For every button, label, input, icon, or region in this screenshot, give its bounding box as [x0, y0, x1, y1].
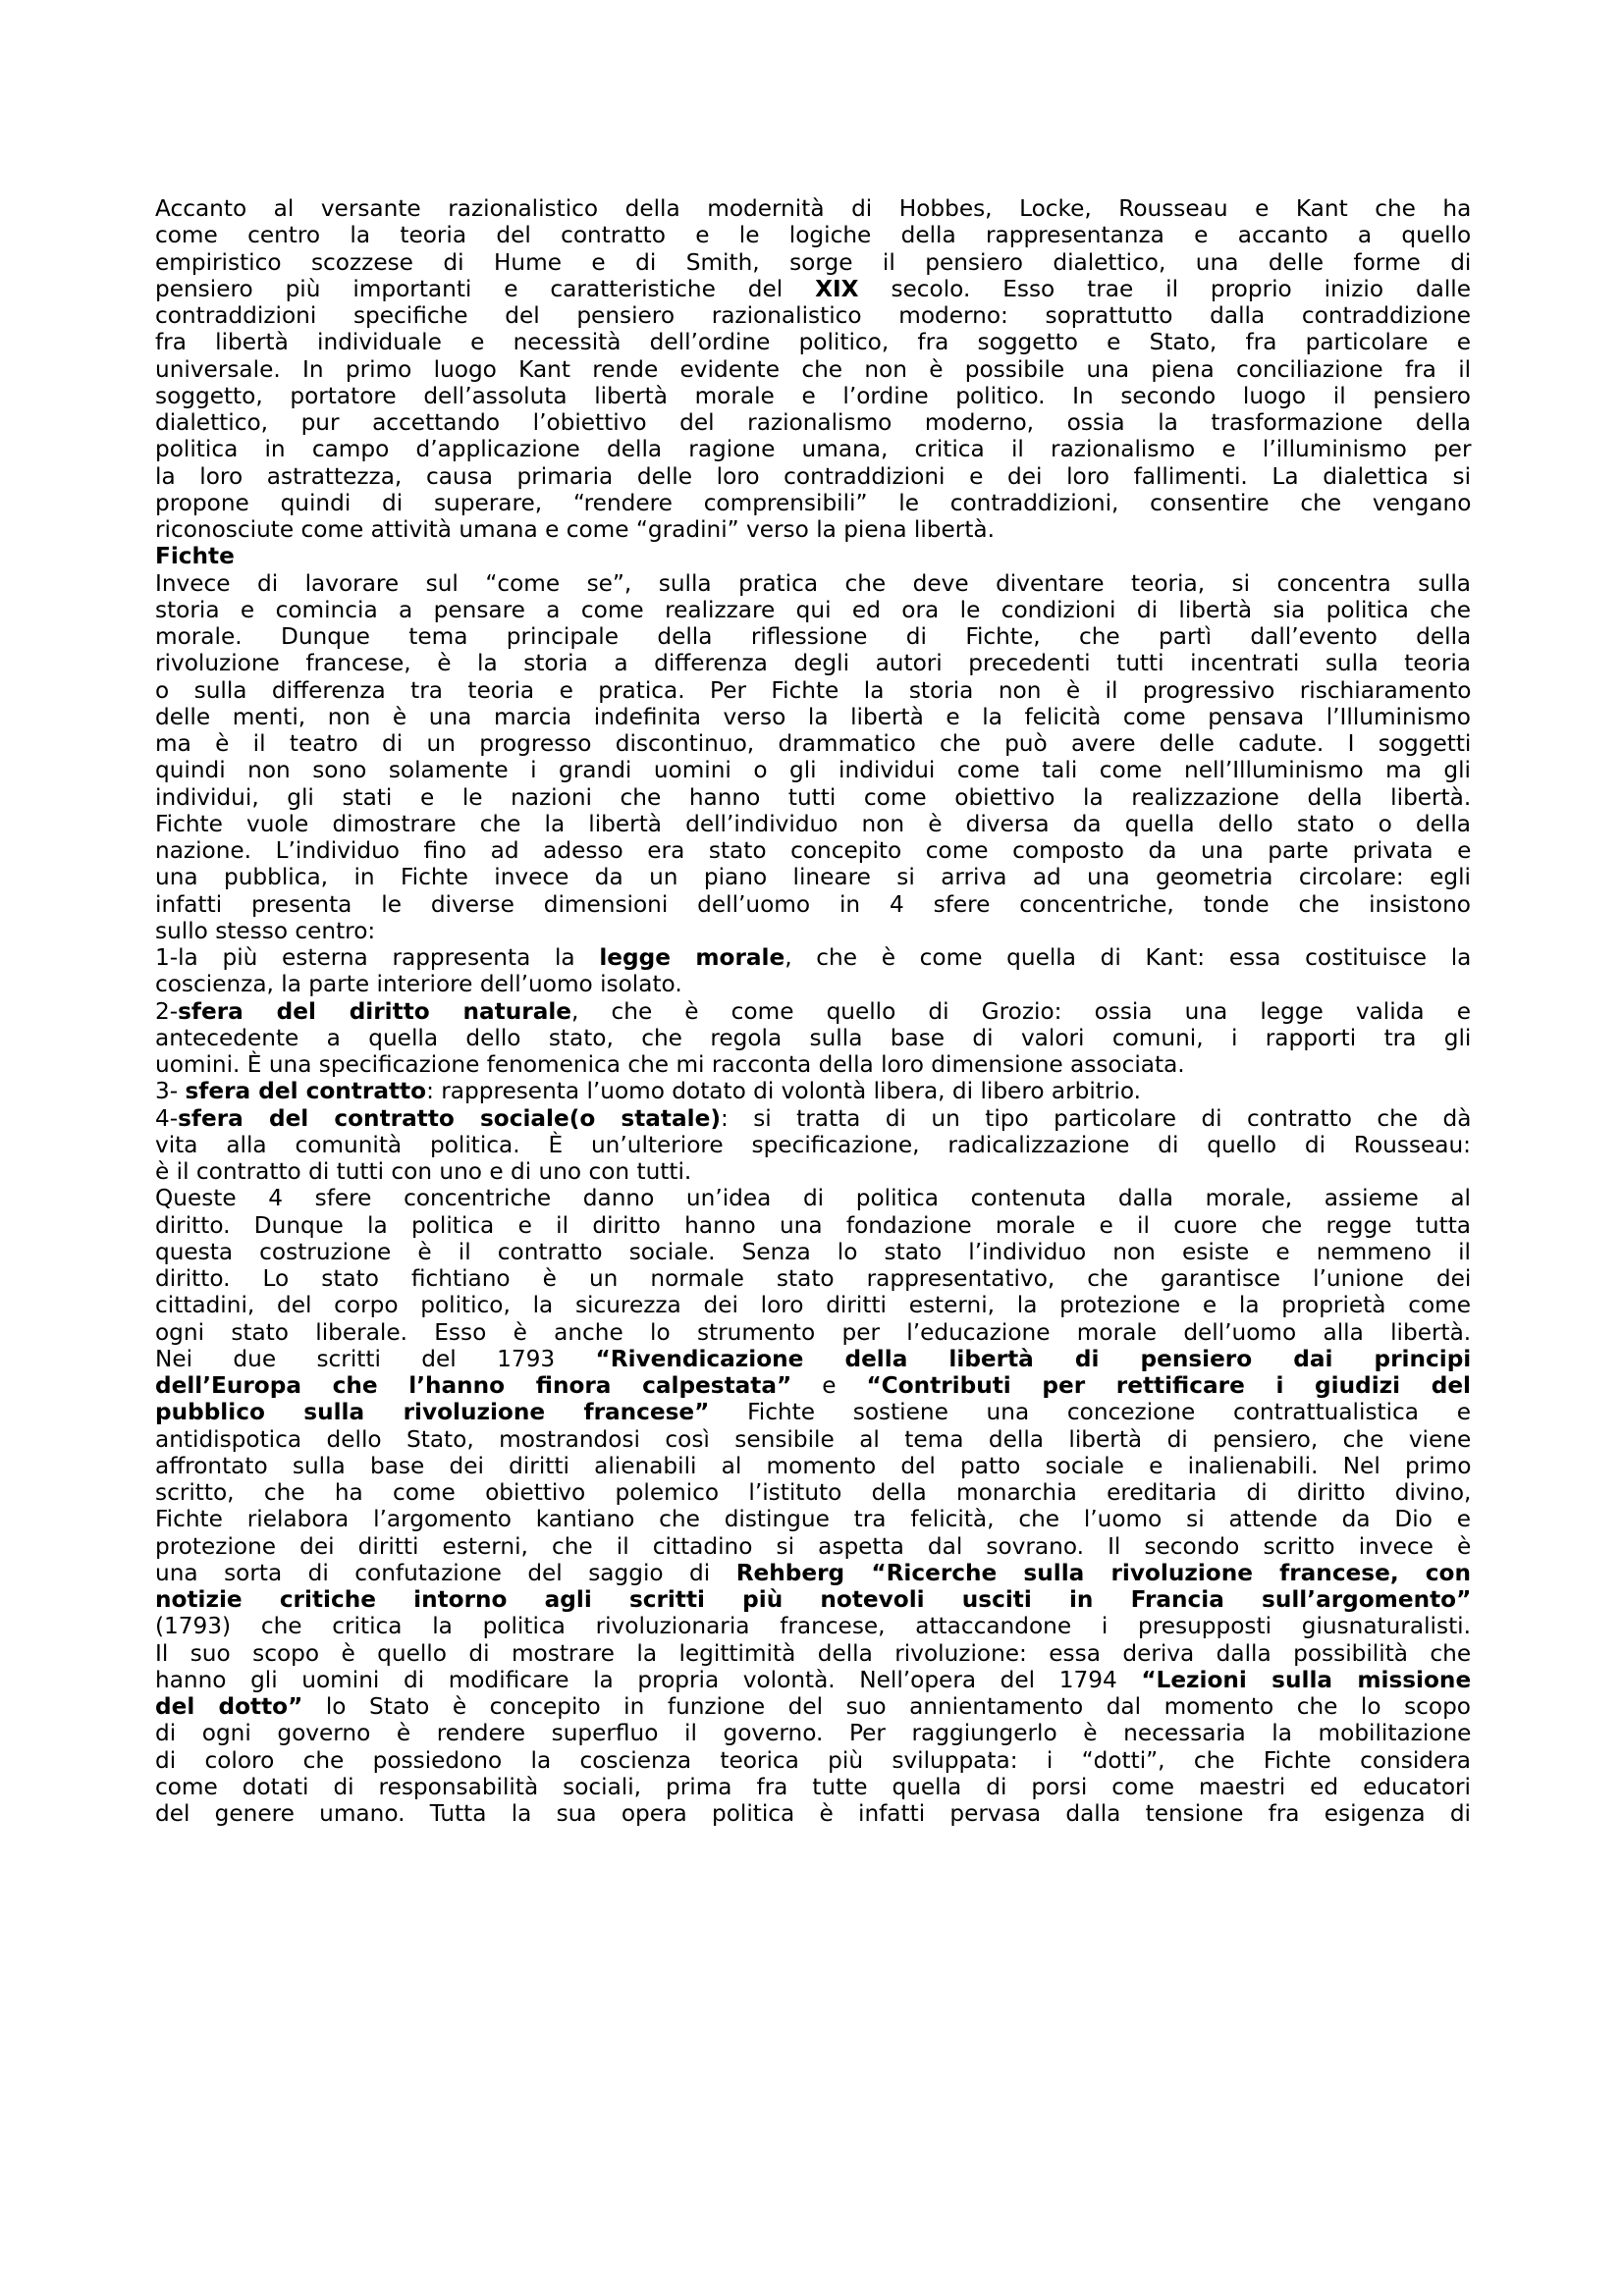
text-line: una sorta di confutazione del saggio di …: [155, 1560, 1471, 1586]
text-run: riconosciute come attività umana e come …: [155, 516, 995, 543]
text-line: vita alla comunità politica. È un’ulteri…: [155, 1132, 1471, 1158]
text-run: ma è il teatro di un progresso discontin…: [155, 730, 1471, 757]
text-run: affrontato sulla base dei diritti aliena…: [155, 1453, 1471, 1479]
text-run: una pubblica, in Fichte invece da un pia…: [155, 864, 1471, 890]
text-line: propone quindi di superare, “rendere com…: [155, 490, 1471, 516]
text-line: protezione dei diritti esterni, che il c…: [155, 1533, 1471, 1560]
text-run: Queste 4 sfere concentriche danno un’ide…: [155, 1185, 1471, 1211]
text-line: del dotto” lo Stato è concepito in funzi…: [155, 1693, 1471, 1720]
text-run: una sorta di confutazione del saggio di: [155, 1560, 736, 1586]
text-run: come dotati di responsabilità sociali, p…: [155, 1774, 1471, 1800]
text-run: nazione. L’individuo fino ad adesso era …: [155, 837, 1471, 864]
text-run: (1793) che critica la politica rivoluzio…: [155, 1613, 1471, 1639]
text-run: 2-: [155, 998, 178, 1025]
bold-text: sfera del diritto naturale: [178, 998, 571, 1025]
text-run: Nei due scritti del 1793: [155, 1346, 595, 1372]
bold-text: dell’Europa che l’hanno finora calpestat…: [155, 1372, 791, 1399]
text-run: Fichte sostiene una concezione contrattu…: [709, 1399, 1471, 1425]
text-run: , che è come quello di Grozio: ossia una…: [571, 998, 1471, 1025]
document-page: Accanto al versante razionalistico della…: [155, 195, 1471, 1827]
text-run: protezione dei diritti esterni, che il c…: [155, 1533, 1471, 1560]
text-line: (1793) che critica la politica rivoluzio…: [155, 1613, 1471, 1639]
text-line: Nei due scritti del 1793 “Rivendicazione…: [155, 1346, 1471, 1372]
text-run: del genere umano. Tutta la sua opera pol…: [155, 1800, 1471, 1827]
text-line: storia e comincia a pensare a come reali…: [155, 597, 1471, 623]
text-line: hanno gli uomini di modificare la propri…: [155, 1667, 1471, 1693]
text-line: soggetto, portatore dell’assoluta libert…: [155, 383, 1471, 409]
bold-text: notizie critiche intorno agli scritti pi…: [155, 1586, 1471, 1613]
text-run: di ogni governo è rendere superfluo il g…: [155, 1720, 1471, 1746]
text-line: Queste 4 sfere concentriche danno un’ide…: [155, 1185, 1471, 1211]
text-run: politica in campo d’applicazione della r…: [155, 436, 1471, 462]
bold-text: legge morale: [599, 944, 784, 971]
text-line: sullo stesso centro:: [155, 918, 1471, 944]
text-line: di ogni governo è rendere superfluo il g…: [155, 1720, 1471, 1746]
text-line: questa costruzione è il contratto social…: [155, 1239, 1471, 1265]
text-run: cittadini, del corpo politico, la sicure…: [155, 1292, 1471, 1318]
text-line: universale. In primo luogo Kant rende ev…: [155, 356, 1471, 383]
bold-text: XIX: [815, 276, 858, 302]
text-line: ma è il teatro di un progresso discontin…: [155, 730, 1471, 757]
text-run: questa costruzione è il contratto social…: [155, 1239, 1471, 1265]
text-line: o sulla differenza tra teoria e pratica.…: [155, 677, 1471, 704]
bold-text: “Contributi per rettificare i giudizi de…: [866, 1372, 1471, 1399]
bold-text: Rehberg “Ricerche sulla rivoluzione fran…: [736, 1560, 1471, 1586]
text-line: cittadini, del corpo politico, la sicure…: [155, 1292, 1471, 1318]
text-run: hanno gli uomini di modificare la propri…: [155, 1667, 1141, 1693]
text-run: antidispotica dello Stato, mostrandosi c…: [155, 1426, 1471, 1453]
text-line: Il suo scopo è quello di mostrare la leg…: [155, 1640, 1471, 1667]
text-line: Fichte rielabora l’argomento kantiano ch…: [155, 1506, 1471, 1532]
text-run: e: [791, 1372, 866, 1399]
text-run: contraddizioni specifiche del pensiero r…: [155, 302, 1471, 329]
text-run: uomini. È una specificazione fenomenica …: [155, 1051, 1185, 1078]
text-run: soggetto, portatore dell’assoluta libert…: [155, 383, 1471, 409]
text-line: notizie critiche intorno agli scritti pi…: [155, 1586, 1471, 1613]
text-run: scritto, che ha come obiettivo polemico …: [155, 1479, 1471, 1506]
text-line: pensiero più importanti e caratteristich…: [155, 276, 1471, 302]
text-line: ogni stato liberale. Esso è anche lo str…: [155, 1319, 1471, 1346]
text-run: propone quindi di superare, “rendere com…: [155, 490, 1471, 516]
text-run: diritto. Lo stato fichtiano è un normale…: [155, 1265, 1471, 1292]
bold-text: sfera del contratto sociale(o statale): [178, 1105, 721, 1132]
text-line: Fichte vuole dimostrare che la libertà d…: [155, 811, 1471, 837]
text-line: antecedente a quella dello stato, che re…: [155, 1025, 1471, 1051]
text-run: Accanto al versante razionalistico della…: [155, 195, 1471, 222]
text-run: universale. In primo luogo Kant rende ev…: [155, 356, 1471, 383]
text-line: diritto. Lo stato fichtiano è un normale…: [155, 1265, 1471, 1292]
text-run: : si tratta di un tipo particolare di co…: [721, 1105, 1471, 1132]
section-heading: Fichte: [155, 543, 1471, 569]
text-run: pensiero più importanti e caratteristich…: [155, 276, 815, 302]
bold-text: Fichte: [155, 543, 235, 569]
text-line: Accanto al versante razionalistico della…: [155, 195, 1471, 222]
text-run: la loro astrattezza, causa primaria dell…: [155, 463, 1471, 490]
text-line: coscienza, la parte interiore dell’uomo …: [155, 971, 1471, 997]
text-line: riconosciute come attività umana e come …: [155, 516, 1471, 543]
text-line: fra libertà individuale e necessità dell…: [155, 329, 1471, 355]
text-run: empiristico scozzese di Hume e di Smith,…: [155, 249, 1471, 276]
text-line: quindi non sono solamente i grandi uomin…: [155, 757, 1471, 783]
bold-text: sfera del contratto: [186, 1078, 427, 1104]
text-run: : rappresenta l’uomo dotato di volontà l…: [426, 1078, 1141, 1104]
text-line: di coloro che possiedono la coscienza te…: [155, 1747, 1471, 1774]
text-line: come dotati di responsabilità sociali, p…: [155, 1774, 1471, 1800]
text-line: individui, gli stati e le nazioni che ha…: [155, 784, 1471, 811]
text-run: 1-la più esterna rappresenta la: [155, 944, 599, 971]
text-run: Fichte vuole dimostrare che la libertà d…: [155, 811, 1471, 837]
text-run: sullo stesso centro:: [155, 918, 375, 944]
text-line: 1-la più esterna rappresenta la legge mo…: [155, 944, 1471, 971]
text-line: affrontato sulla base dei diritti aliena…: [155, 1453, 1471, 1479]
text-run: coscienza, la parte interiore dell’uomo …: [155, 971, 682, 997]
text-line: antidispotica dello Stato, mostrandosi c…: [155, 1426, 1471, 1453]
bold-text: “Lezioni sulla missione: [1141, 1667, 1471, 1693]
text-line: Invece di lavorare sul “come se”, sulla …: [155, 570, 1471, 597]
text-run: ogni stato liberale. Esso è anche lo str…: [155, 1319, 1471, 1346]
text-line: empiristico scozzese di Hume e di Smith,…: [155, 249, 1471, 276]
text-run: dialettico, pur accettando l’obiettivo d…: [155, 409, 1471, 436]
text-run: individui, gli stati e le nazioni che ha…: [155, 784, 1471, 811]
text-run: infatti presenta le diverse dimensioni d…: [155, 891, 1471, 918]
text-line: infatti presenta le diverse dimensioni d…: [155, 891, 1471, 918]
text-line: pubblico sulla rivoluzione francese” Fic…: [155, 1399, 1471, 1425]
text-run: diritto. Dunque la politica e il diritto…: [155, 1212, 1471, 1239]
text-run: lo Stato è concepito in funzione del suo…: [302, 1693, 1471, 1720]
text-line: 4-sfera del contratto sociale(o statale)…: [155, 1105, 1471, 1132]
text-run: vita alla comunità politica. È un’ulteri…: [155, 1132, 1471, 1158]
text-line: delle menti, non è una marcia indefinita…: [155, 704, 1471, 730]
text-line: diritto. Dunque la politica e il diritto…: [155, 1212, 1471, 1239]
text-line: uomini. È una specificazione fenomenica …: [155, 1051, 1471, 1078]
text-line: dell’Europa che l’hanno finora calpestat…: [155, 1372, 1471, 1399]
text-run: è il contratto di tutti con uno e di uno…: [155, 1158, 691, 1185]
text-line: come centro la teoria del contratto e le…: [155, 222, 1471, 248]
text-run: 3-: [155, 1078, 186, 1104]
text-line: nazione. L’individuo fino ad adesso era …: [155, 837, 1471, 864]
text-run: rivoluzione francese, è la storia a diff…: [155, 650, 1471, 676]
text-line: scritto, che ha come obiettivo polemico …: [155, 1479, 1471, 1506]
text-run: 4-: [155, 1105, 178, 1132]
text-run: o sulla differenza tra teoria e pratica.…: [155, 677, 1471, 704]
text-line: politica in campo d’applicazione della r…: [155, 436, 1471, 462]
text-run: storia e comincia a pensare a come reali…: [155, 597, 1471, 623]
text-run: quindi non sono solamente i grandi uomin…: [155, 757, 1471, 783]
text-run: , che è come quella di Kant: essa costit…: [784, 944, 1471, 971]
text-line: morale. Dunque tema principale della rif…: [155, 623, 1471, 650]
text-run: secolo. Esso trae il proprio inizio dall…: [859, 276, 1472, 302]
text-line: rivoluzione francese, è la storia a diff…: [155, 650, 1471, 676]
text-run: delle menti, non è una marcia indefinita…: [155, 704, 1471, 730]
text-line: del genere umano. Tutta la sua opera pol…: [155, 1800, 1471, 1827]
bold-text: del dotto”: [155, 1693, 302, 1720]
text-run: Invece di lavorare sul “come se”, sulla …: [155, 570, 1471, 597]
text-run: morale. Dunque tema principale della rif…: [155, 623, 1471, 650]
text-run: fra libertà individuale e necessità dell…: [155, 329, 1471, 355]
text-line: 2-sfera del diritto naturale, che è come…: [155, 998, 1471, 1025]
text-line: una pubblica, in Fichte invece da un pia…: [155, 864, 1471, 890]
bold-text: pubblico sulla rivoluzione francese”: [155, 1399, 709, 1425]
bold-text: “Rivendicazione della libertà di pensier…: [595, 1346, 1471, 1372]
text-line: è il contratto di tutti con uno e di uno…: [155, 1158, 1471, 1185]
text-line: la loro astrattezza, causa primaria dell…: [155, 463, 1471, 490]
text-line: 3- sfera del contratto: rappresenta l’uo…: [155, 1078, 1471, 1104]
text-run: Il suo scopo è quello di mostrare la leg…: [155, 1640, 1471, 1667]
text-run: di coloro che possiedono la coscienza te…: [155, 1747, 1471, 1774]
text-line: contraddizioni specifiche del pensiero r…: [155, 302, 1471, 329]
text-line: dialettico, pur accettando l’obiettivo d…: [155, 409, 1471, 436]
text-run: antecedente a quella dello stato, che re…: [155, 1025, 1471, 1051]
text-run: Fichte rielabora l’argomento kantiano ch…: [155, 1506, 1471, 1532]
text-run: come centro la teoria del contratto e le…: [155, 222, 1471, 248]
